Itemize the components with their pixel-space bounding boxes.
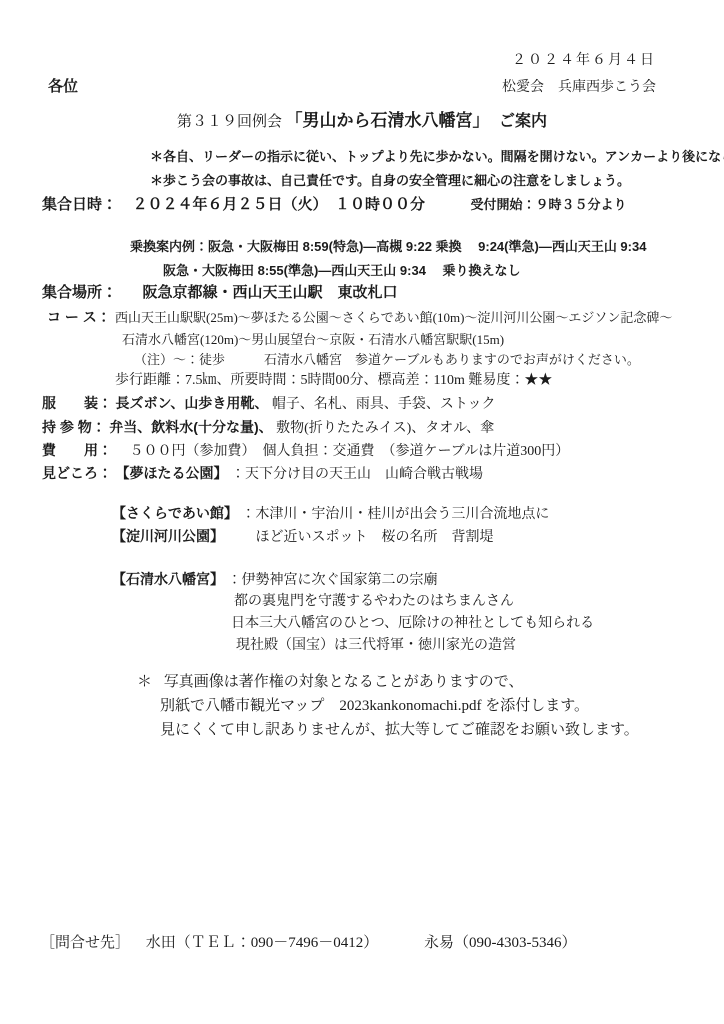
highlight-iwashimizu-row: 【石清水八幡宮】 ：伊勢神宮に次ぐ国家第二の宗廟 <box>112 571 438 590</box>
highlights-row: 見どころ： 【夢ほたる公園】 ：天下分け目の天王山 山崎合戦古戦場 <box>42 465 483 484</box>
belongings-row: 持 参 物： 弁当、飲料水(十分な量)、 敷物(折りたたみイス)、タオル、傘 <box>42 419 494 438</box>
course-label: コ ー ス： <box>47 309 111 327</box>
course-stats: 歩行距離：7.5㎞、所要時間：5時間00分、標高差：110m 難易度：★★ <box>115 372 552 390</box>
belongings-label: 持 参 物： <box>42 419 106 435</box>
contact-person-1: 水田（ＴＥＬ：090－7496－0412） <box>146 935 379 951</box>
fee-label: 費 用： <box>42 442 112 458</box>
asterisk-mark: ＊ <box>137 674 152 690</box>
belongings-other: 敷物(折りたたみイス)、タオル、傘 <box>276 421 494 436</box>
meeting-place-row: 集合場所： 阪急京都線・西山天王山駅 東改札口 <box>42 284 398 303</box>
photo-note-3: 見にくくて申し訳ありませんが、拡大等してご確認をお願い致します。 <box>160 721 639 740</box>
belongings-required: 弁当、飲料水(十分な量)、 <box>109 419 272 435</box>
highlight-iwashimizu-name: 【石清水八幡宮】 <box>112 571 224 587</box>
document-page: ２０２４年６月４日 各位 松愛会 兵庫西歩こう会 第３１９回例会 「男山から石清… <box>0 0 724 1024</box>
photo-note-row-1: ＊ 写真画像は著作権の対象となることがありますので、 <box>137 673 523 692</box>
meeting-place-value: 阪急京都線・西山天王山駅 東改札口 <box>143 284 398 301</box>
photo-note-1: 写真画像は著作権の対象となることがありますので、 <box>164 674 524 690</box>
highlight-sakuradeai-row: 【さくらであい館】 ：木津川・宇治川・桂川が出会う三川合流地点に <box>112 505 549 524</box>
iwashimizu-detail-1: 都の裏鬼門を守護するやわたのはちまんさん <box>234 593 514 611</box>
highlight-yodogawa-row: 【淀川河川公園】 ほど近いスポット 桜の名所 背割堤 <box>112 528 494 547</box>
course-route-1: 西山天王山駅駅(25m)～夢ほたる公園～さくらであい館(10m)～淀川河川公園～… <box>115 310 672 326</box>
highlight-sakuradeai-desc: ：木津川・宇治川・桂川が出会う三川合流地点に <box>241 507 549 522</box>
organization: 松愛会 兵庫西歩こう会 <box>502 79 656 97</box>
highlight-iwashimizu-desc: ：伊勢神宮に次ぐ国家第二の宗廟 <box>228 573 438 588</box>
title-suffix: ご案内 <box>499 113 547 130</box>
highlights-label: 見どころ： <box>42 465 112 481</box>
iwashimizu-detail-2: 日本三大八幡宮のひとつ、厄除けの神社としても知られる <box>231 615 594 633</box>
safety-notice-2: ＊歩こう会の事故は、自己責任です。自身の安全管理に細心の注意をしましょう。 <box>150 173 630 189</box>
contact-person-2: 永易（090-4303-5346） <box>424 935 577 951</box>
transfer-example-1: 乗換案内例：阪急・大阪梅田 8:59(特急)―高槻 9:22 乗換 9:24(準… <box>130 239 646 255</box>
meeting-place-label: 集合場所： <box>42 284 117 301</box>
course-route-2: 石清水八幡宮(120m)～男山展望台～京阪・石清水八幡宮駅駅(15m) <box>122 332 504 348</box>
meeting-time-row: 集合日時： ２０２４年６月２５日（火） １０時００分 受付開始：９時３５分より <box>42 196 627 215</box>
safety-notice-1: ＊各自、リーダーの指示に従い、トップより先に歩かない。間隔を開けない。アンカーよ… <box>150 149 724 165</box>
clothing-other: 帽子、名札、雨具、手袋、ストック <box>272 397 496 412</box>
meeting-time-label: 集合日時： <box>42 196 117 213</box>
contact-label: ［問合せ先］ <box>40 935 130 951</box>
highlight-yumehotaru-name: 【夢ほたる公園】 <box>116 465 228 481</box>
meeting-time-value: ２０２４年６月２５日（火） １０時００分 <box>133 196 426 213</box>
title-prefix: 第３１９回例会 <box>177 114 282 130</box>
page-title: 第３１９回例会 「男山から石清水八幡宮」 ご案内 <box>0 110 724 132</box>
clothing-label: 服 装： <box>42 395 112 411</box>
highlight-yumehotaru-desc: ：天下分け目の天王山 山崎合戦古戦場 <box>231 467 483 482</box>
contact-row: ［問合せ先］ 水田（ＴＥＬ：090－7496－0412） 永易（090-4303… <box>40 934 577 953</box>
photo-note-2: 別紙で八幡市観光マップ 2023kankonomachi.pdf を添付します。 <box>160 697 589 716</box>
highlight-yodogawa-name: 【淀川河川公園】 <box>112 528 224 544</box>
highlight-yodogawa-desc: ほど近いスポット 桜の名所 背割堤 <box>228 530 494 545</box>
iwashimizu-detail-3: 現社殿（国宝）は三代将軍・徳川家光の造営 <box>236 637 516 655</box>
title-main: 「男山から石清水八幡宮」 <box>286 111 490 130</box>
recipient: 各位 <box>48 78 78 97</box>
transfer-example-2: 阪急・大阪梅田 8:55(準急)―西山天王山 9:34 乗り換えなし <box>163 263 521 279</box>
highlight-sakuradeai-name: 【さくらであい館】 <box>112 505 238 521</box>
header-date: ２０２４年６月４日 <box>512 52 656 70</box>
fee-value: ５００円（参加費） 個人負担：交通費 （参道ケーブルは片道300円） <box>116 444 570 459</box>
fee-row: 費 用： ５００円（参加費） 個人負担：交通費 （参道ケーブルは片道300円） <box>42 442 569 461</box>
clothing-required: 長ズボン、山歩き用靴、 <box>116 395 269 411</box>
course-note: （注）～：徒歩 石清水八幡宮 参道ケーブルもありますのでお声がけください。 <box>134 352 640 368</box>
clothing-row: 服 装： 長ズボン、山歩き用靴、 帽子、名札、雨具、手袋、ストック <box>42 395 495 414</box>
reception-start: 受付開始：９時３５分より <box>471 197 627 212</box>
